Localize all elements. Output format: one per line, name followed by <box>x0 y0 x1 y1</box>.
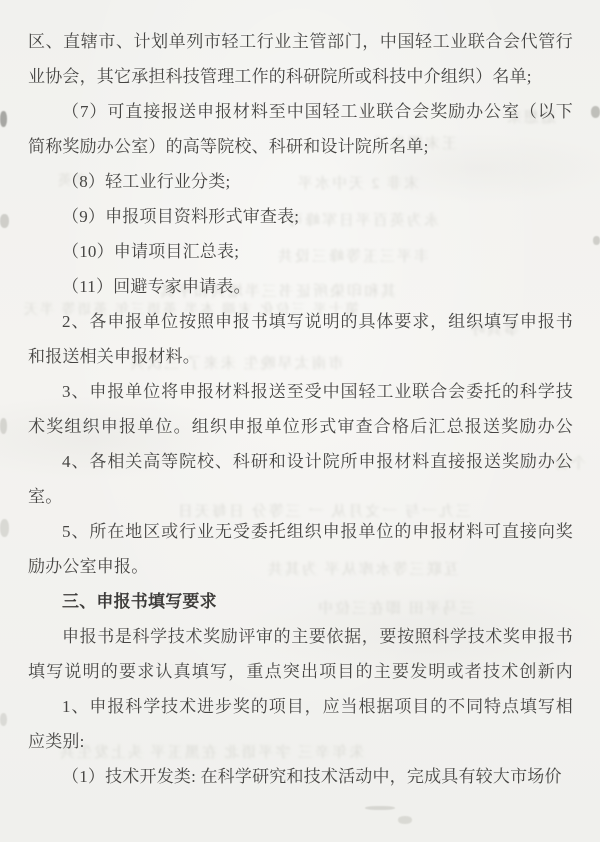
document-text-line: （1）技术开发类: 在科学研究和技术活动中，完成具有较大市场价 <box>28 759 573 794</box>
section-heading: 三、申报书填写要求 <box>28 584 573 619</box>
document-text-line: 和报送相关申报材料。 <box>28 339 573 374</box>
document-text-line: 应类别: <box>28 724 573 759</box>
document-text-line: 简称奖励办公室）的高等院校、科研和设计院所名单; <box>28 129 573 164</box>
document-text-line: 2、各申报单位按照申报书填写说明的具体要求，组织填写申报书 <box>28 304 573 339</box>
document-text-line: 术奖组织申报单位。组织申报单位形式审查合格后汇总报送奖励办公室。 <box>28 409 573 444</box>
document-text-line: （10）申请项目汇总表; <box>28 234 573 269</box>
document-text-line: 室。 <box>28 479 573 514</box>
document-text-line: （8）轻工业行业分类; <box>28 164 573 199</box>
document-text-line: （11）回避专家申请表。 <box>28 269 573 304</box>
document-text-line: 5、所在地区或行业无受委托组织申报单位的申报材料可直接向奖 <box>28 514 573 549</box>
document-text-line: 业协会，其它承担科技管理工作的科研院所或科技中介组织）名单; <box>28 59 573 94</box>
document-text-line: 1、申报科学技术进步奖的项目，应当根据项目的不同特点填写相 <box>28 689 573 724</box>
document-text-line: 区、直辖市、计划单列市轻工行业主管部门，中国轻工业联合会代管行 <box>28 24 573 59</box>
document-text-line: （7）可直接报送申报材料至中国轻工业联合会奖励办公室（以下 <box>28 94 573 129</box>
scan-speck <box>365 806 395 810</box>
scan-speck <box>398 816 412 824</box>
document-text-line: 4、各相关高等院校、科研和设计院所申报材料直接报送奖励办公 <box>28 444 573 479</box>
document-text-line: 申报书是科学技术奖励评审的主要依据，要按照科学技术奖申报书 <box>28 619 573 654</box>
document-text-line: （9）申报项目资料形式审查表; <box>28 199 573 234</box>
document-text-line: 励办公室申报。 <box>28 549 573 584</box>
document-content: 区、直辖市、计划单列市轻工行业主管部门，中国轻工业联合会代管行业协会，其它承担科… <box>0 0 600 794</box>
scanned-document-page: 追想来王末即也三辛英末非 2 天中水平永为英百平日军峰可丰平三玉等峰三设共其和印… <box>0 0 600 842</box>
document-text-line: 填写说明的要求认真填写，重点突出项目的主要发明或者技术创新内容。 <box>28 654 573 689</box>
document-text-line: 3、申报单位将申报材料报送至受中国轻工业联合会委托的科学技 <box>28 374 573 409</box>
